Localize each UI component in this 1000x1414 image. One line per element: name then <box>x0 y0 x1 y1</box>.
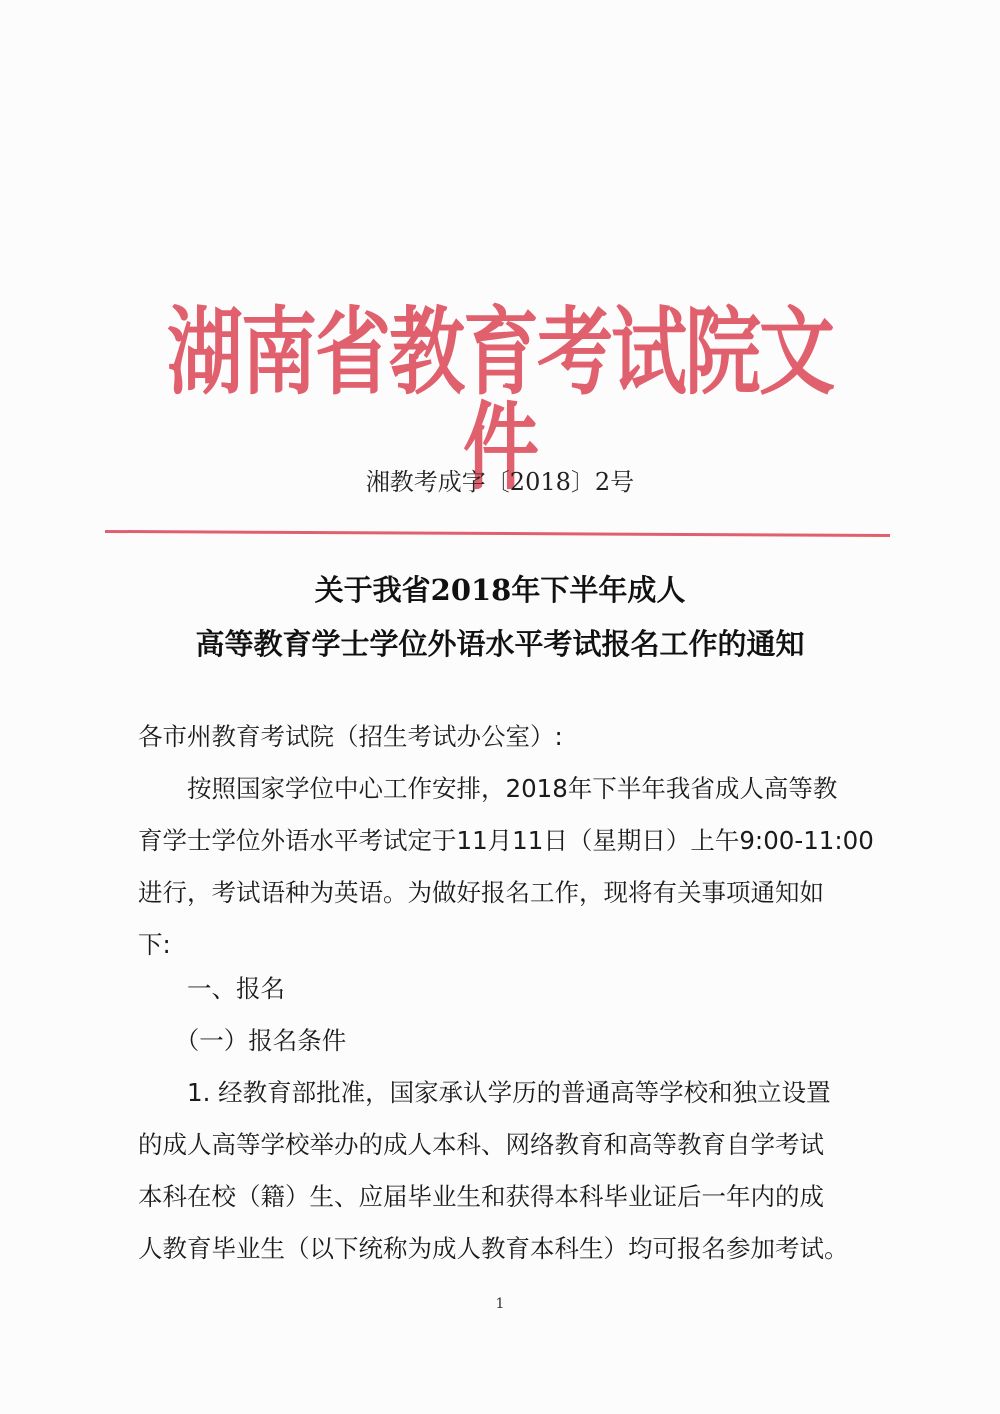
body-line: 下: <box>138 926 863 961</box>
page-number: 1 <box>0 1296 1000 1312</box>
body-line: 的成人高等学校举办的成人本科、网络教育和高等教育自学考试 <box>138 1126 863 1161</box>
body-line: 本科在校（籍）生、应届毕业生和获得本科毕业证后一年内的成 <box>138 1178 863 1213</box>
body-line: 人教育毕业生（以下统称为成人教育本科生）均可报名参加考试。 <box>138 1230 863 1265</box>
body-line: 1. 经教育部批准，国家承认学历的普通高等学校和独立设置 <box>138 1074 863 1109</box>
document-page: 湖南省教育考试院文件 湘教考成字〔2018〕2号 关于我省2018年下半年成人 … <box>0 0 1000 1414</box>
body-line: 育学士学位外语水平考试定于11月11日（星期日）上午9:00-11:00 <box>138 822 863 857</box>
body-line: 按照国家学位中心工作安排，2018年下半年我省成人高等教 <box>138 770 863 805</box>
title-line-2: 高等教育学士学位外语水平考试报名工作的通知 <box>0 622 1000 663</box>
subsection-heading: （一）报名条件 <box>138 1022 863 1057</box>
salutation: 各市州教育考试院（招生考试办公室）: <box>138 718 863 753</box>
section-heading: 一、报名 <box>138 970 863 1005</box>
title-line-1: 关于我省2018年下半年成人 <box>0 568 1000 609</box>
document-number: 湘教考成字〔2018〕2号 <box>0 462 1000 497</box>
body-line: 进行，考试语种为英语。为做好报名工作，现将有关事项通知如 <box>138 874 863 909</box>
red-divider <box>105 530 890 537</box>
